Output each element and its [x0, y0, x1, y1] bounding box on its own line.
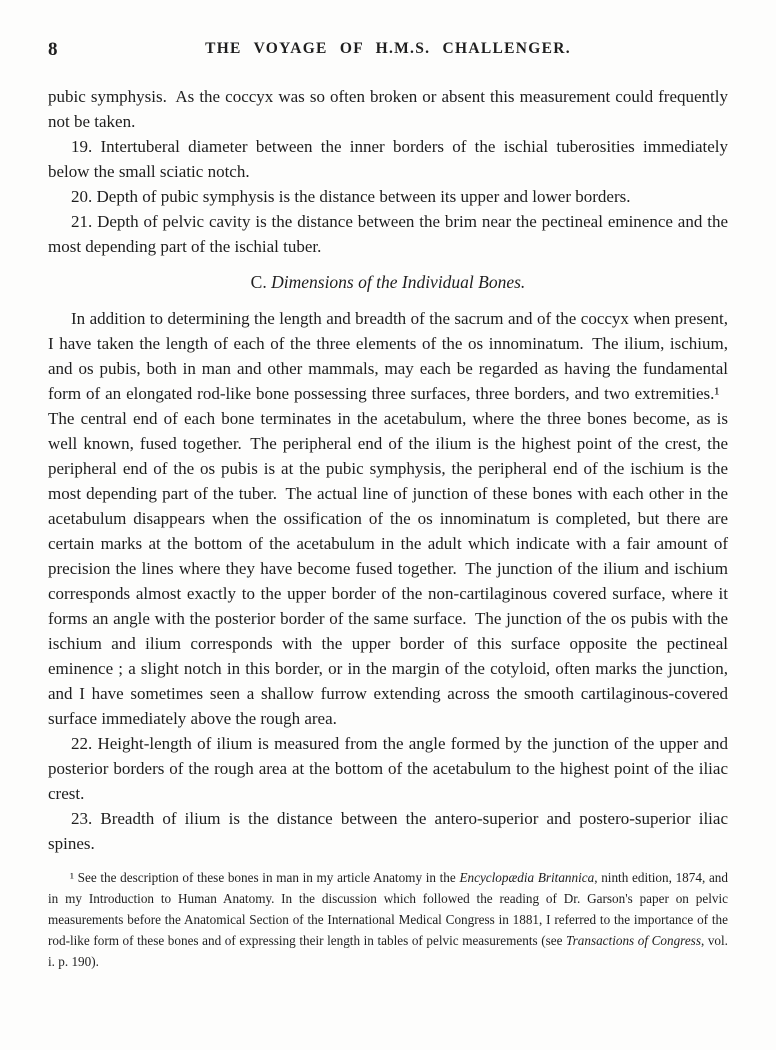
- text-run: In addition to determining the length an…: [48, 309, 728, 728]
- paragraph: 19. Intertuberal diameter between the in…: [48, 134, 728, 184]
- paragraph: In addition to determining the length an…: [48, 306, 728, 731]
- paragraph: 23. Breadth of ilium is the distance bet…: [48, 806, 728, 856]
- text-run: 20. Depth of pubic symphysis is the dist…: [71, 187, 630, 206]
- footnote: ¹ See the description of these bones in …: [48, 867, 728, 972]
- text-run: 22. Height-length of ilium is measured f…: [48, 734, 728, 803]
- page-number: 8: [48, 39, 58, 61]
- section-heading: C. Dimensions of the Individual Bones.: [48, 270, 728, 295]
- italic-text-run: Dimensions of the Individual Bones.: [271, 272, 525, 292]
- text-run: 23. Breadth of ilium is the distance bet…: [48, 809, 728, 853]
- text-run: 21. Depth of pelvic cavity is the distan…: [48, 212, 728, 256]
- paragraph: 21. Depth of pelvic cavity is the distan…: [48, 209, 728, 259]
- text-run: 19. Intertuberal diameter between the in…: [48, 137, 728, 181]
- italic-text-run: Transactions of Congress: [566, 933, 701, 948]
- text-run: C.: [251, 272, 271, 292]
- paragraph: 22. Height-length of ilium is measured f…: [48, 731, 728, 806]
- text-run: ¹ See the description of these bones in …: [70, 870, 459, 885]
- italic-text-run: Encyclopædia Britannica: [459, 870, 594, 885]
- text-run: pubic symphysis. As the coccyx was so of…: [48, 87, 728, 131]
- paragraph: pubic symphysis. As the coccyx was so of…: [48, 84, 728, 134]
- running-title: THE VOYAGE OF H.M.S. CHALLENGER.: [48, 40, 728, 58]
- scanned-book-page: 8 THE VOYAGE OF H.M.S. CHALLENGER. pubic…: [0, 0, 776, 1050]
- paragraph: 20. Depth of pubic symphysis is the dist…: [48, 184, 728, 209]
- page-header: 8 THE VOYAGE OF H.M.S. CHALLENGER.: [48, 40, 728, 62]
- page-body: pubic symphysis. As the coccyx was so of…: [48, 84, 728, 856]
